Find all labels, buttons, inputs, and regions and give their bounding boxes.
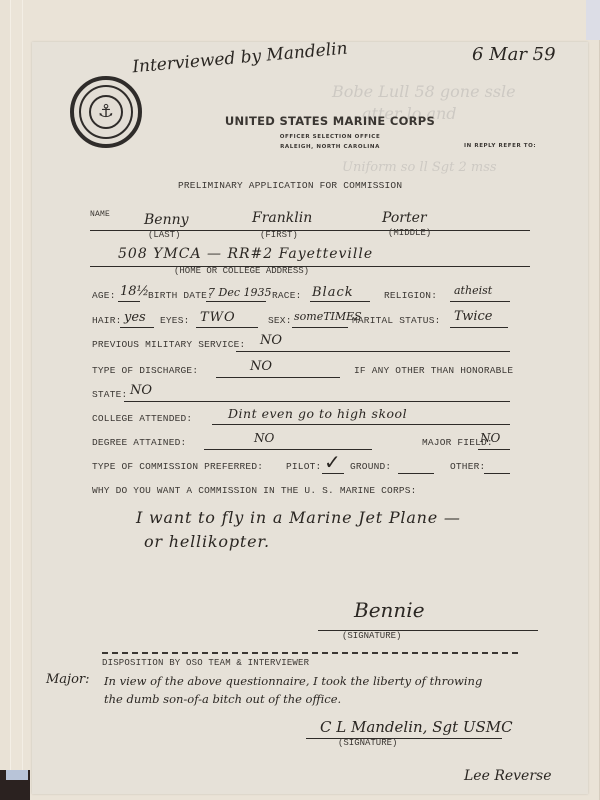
hair-underline bbox=[120, 327, 154, 328]
disposition-label: DISPOSITION BY OSO TEAM & INTERVIEWER bbox=[102, 658, 309, 668]
birth-date-field[interactable]: 7 Dec 1935 bbox=[208, 286, 271, 299]
state-label: STATE: bbox=[92, 389, 127, 400]
interviewed-by-annotation: Interviewed by Mandelin bbox=[132, 39, 349, 78]
applicant-signature[interactable]: Bennie bbox=[354, 598, 425, 622]
applicant-signature-caption: (SIGNATURE) bbox=[342, 631, 401, 641]
age-label: AGE: bbox=[92, 290, 116, 301]
age-field[interactable]: 18½ bbox=[120, 284, 149, 299]
date-annotation: 6 Mar 59 bbox=[472, 44, 556, 65]
degree-field[interactable]: NO bbox=[254, 431, 274, 445]
background-corner bbox=[0, 770, 30, 800]
last-caption: (LAST) bbox=[148, 230, 180, 240]
military-service-label: PREVIOUS MILITARY SERVICE: bbox=[92, 339, 245, 350]
hair-label: HAIR: bbox=[92, 315, 122, 326]
why-answer-line2[interactable]: or hellikopter. bbox=[144, 532, 270, 551]
bleed-through-text: Uniform so ll Sgt 2 mss bbox=[342, 160, 497, 175]
eyes-field[interactable]: TWO bbox=[200, 310, 236, 325]
race-field[interactable]: Black bbox=[312, 285, 354, 300]
age-underline bbox=[118, 301, 140, 302]
disposition-line1[interactable]: In view of the above questionnaire, I to… bbox=[104, 674, 482, 688]
discharge-field[interactable]: NO bbox=[250, 359, 272, 374]
discharge-underline bbox=[216, 377, 340, 378]
race-label: RACE: bbox=[272, 290, 302, 301]
religion-field[interactable]: atheist bbox=[454, 284, 492, 297]
interviewer-signature-caption: (SIGNATURE) bbox=[338, 738, 397, 748]
pilot-checkmark[interactable]: ✓ bbox=[324, 450, 341, 474]
commission-type-label: TYPE OF COMMISSION PREFERRED: bbox=[92, 461, 263, 472]
background-edge bbox=[586, 0, 600, 40]
military-service-underline bbox=[236, 351, 510, 352]
sex-underline bbox=[292, 327, 348, 328]
bottom-signature: Lee Reverse bbox=[464, 768, 552, 784]
marital-status-field[interactable]: Twice bbox=[454, 309, 492, 324]
college-label: COLLEGE ATTENDED: bbox=[92, 413, 192, 424]
first-caption: (FIRST) bbox=[260, 230, 298, 240]
discharge-label: TYPE OF DISCHARGE: bbox=[92, 365, 198, 376]
dashed-divider bbox=[102, 652, 518, 654]
ground-label: GROUND: bbox=[350, 461, 391, 472]
eyes-label: EYES: bbox=[160, 315, 190, 326]
marital-status-underline bbox=[450, 327, 508, 328]
interviewer-signature[interactable]: C L Mandelin, Sgt USMC bbox=[320, 718, 513, 736]
hair-field[interactable]: yes bbox=[124, 310, 146, 325]
college-underline bbox=[212, 424, 510, 425]
office-name: OFFICER SELECTION OFFICE bbox=[32, 134, 588, 140]
middle-caption: (MIDDLE) bbox=[388, 228, 431, 238]
ground-field[interactable] bbox=[398, 473, 434, 474]
major-field-underline bbox=[478, 449, 510, 450]
major-side-note: Major: bbox=[46, 672, 90, 687]
religion-label: RELIGION: bbox=[384, 290, 437, 301]
college-field[interactable]: Dint even go to high skool bbox=[228, 406, 407, 421]
application-form-document: Bobe Lull 58 gone ssle atter lo and Unif… bbox=[32, 42, 588, 794]
other-field[interactable] bbox=[484, 473, 510, 474]
pilot-label: PILOT: bbox=[286, 461, 321, 472]
address-underline bbox=[90, 266, 530, 267]
interviewer-signature-line bbox=[306, 738, 502, 739]
bleed-through-text: Bobe Lull 58 gone ssle bbox=[332, 82, 516, 101]
degree-label: DEGREE ATTAINED: bbox=[92, 437, 186, 448]
state-field[interactable]: NO bbox=[130, 383, 152, 398]
form-title: PRELIMINARY APPLICATION FOR COMMISSION bbox=[178, 180, 402, 191]
sex-label: SEX: bbox=[268, 315, 292, 326]
marital-status-label: MARITAL STATUS: bbox=[352, 315, 441, 326]
birth-date-underline bbox=[206, 301, 266, 302]
organization-name: UNITED STATES MARINE CORPS bbox=[32, 114, 588, 128]
pilot-underline bbox=[322, 473, 344, 474]
reply-reference-label: IN REPLY REFER TO: bbox=[464, 143, 536, 149]
middle-name-field[interactable]: Porter bbox=[382, 210, 427, 226]
discharge-note: IF ANY OTHER THAN HONORABLE bbox=[354, 365, 513, 376]
race-underline bbox=[310, 301, 370, 302]
name-label: NAME bbox=[90, 210, 110, 219]
religion-underline bbox=[450, 301, 510, 302]
address-caption: (HOME OR COLLEGE ADDRESS) bbox=[174, 266, 309, 276]
degree-underline bbox=[204, 449, 372, 450]
major-field[interactable]: NO bbox=[480, 431, 500, 445]
last-name-field[interactable]: Benny bbox=[144, 212, 189, 228]
why-answer-line1[interactable]: I want to fly in a Marine Jet Plane — bbox=[136, 508, 461, 527]
disposition-line2[interactable]: the dumb son-of-a bitch out of the offic… bbox=[104, 692, 341, 706]
eyes-underline bbox=[196, 327, 258, 328]
birth-date-label: BIRTH DATE: bbox=[148, 290, 213, 301]
other-label: OTHER: bbox=[450, 461, 485, 472]
why-question-label: WHY DO YOU WANT A COMMISSION IN THE U. S… bbox=[92, 485, 417, 496]
military-service-field[interactable]: NO bbox=[260, 333, 282, 348]
first-name-field[interactable]: Franklin bbox=[252, 210, 312, 226]
state-underline bbox=[124, 401, 510, 402]
address-field[interactable]: 508 YMCA — RR#2 Fayetteville bbox=[118, 246, 373, 262]
